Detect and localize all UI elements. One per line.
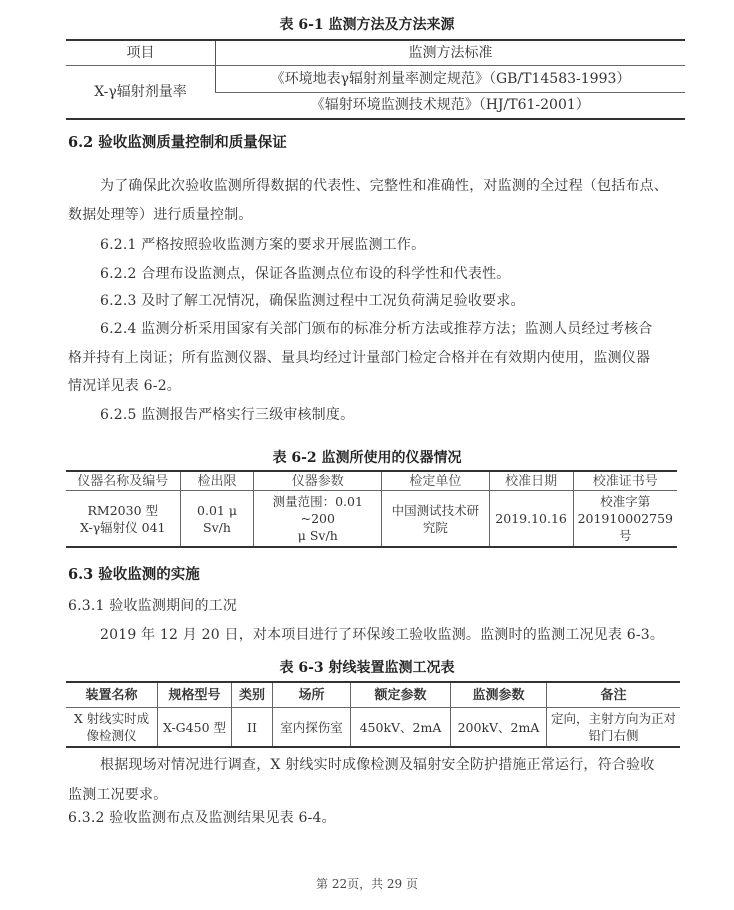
table-cell-model: X-G450 型	[158, 708, 232, 748]
table-cell-monitored: 200kV、2mA	[451, 708, 547, 748]
paragraph-line: 为了确保此次验收监测所得数据的代表性、完整性和准确性，对监测的全过程（包括布点、	[100, 175, 668, 195]
paragraph-line: 格并持有上岗证；所有监测仪器、量具均经过计量部门检定合格并在有效期内使用，监测仪…	[68, 347, 650, 367]
list-item-6-2-4: 6.2.4 监测分析采用国家有关部门颁布的标准分析方法或推荐方法；监测人员经过考…	[100, 318, 652, 338]
table-header: 额定参数	[351, 682, 451, 708]
cell-line: 中国测试技术研	[386, 502, 485, 519]
table-cell-params: 测量范围：0.01 ~200 μ Sv/h	[254, 491, 382, 548]
cell-line: 校准字第	[578, 493, 673, 510]
table-header: 备注	[547, 682, 681, 708]
table-6-2: 仪器名称及编号 检出限 仪器参数 检定单位 校准日期 校准证书号 RM2030 …	[66, 470, 677, 548]
paragraph-line: 监测工况要求。	[68, 784, 167, 804]
table-cell-limit: 0.01 μ Sv/h	[180, 491, 254, 548]
table-cell-device: X 射线实时成 像检测仪	[66, 708, 158, 748]
table-header: 场所	[273, 682, 351, 708]
cell-line: 测量范围：0.01 ~200	[258, 493, 377, 527]
table-6-1: 项目 监测方法标准 X-γ辐射剂量率 《环境地表γ辐射剂量率测定规范》（GB/T…	[66, 39, 685, 120]
paragraph-line: 2019 年 12 月 20 日，对本项目进行了环保竣工验收监测。监测时的监测工…	[100, 624, 664, 644]
table-header: 检定单位	[382, 471, 490, 491]
table-header: 检出限	[180, 471, 254, 491]
paragraph-line: 情况详见表 6-2。	[68, 375, 181, 395]
cell-line: 定向，主射方向为正对	[551, 710, 676, 727]
table-6-3-caption: 表 6-3 射线装置监测工况表	[0, 657, 734, 677]
table-row: X 射线实时成 像检测仪 X-G450 型 II 室内探伤室 450kV、2mA…	[66, 708, 680, 748]
table-header: 类别	[232, 682, 273, 708]
subsection-heading-6-3-1: 6.3.1 验收监测期间的工况	[68, 595, 237, 615]
cell-line: 像检测仪	[70, 727, 153, 744]
list-item-6-2-5: 6.2.5 监测报告严格实行三级审核制度。	[100, 404, 354, 424]
table-header: 装置名称	[66, 682, 158, 708]
paragraph-line: 根据现场对情况进行调查，X 射线实时成像检测及辐射安全防护措施正常运行，符合验收	[100, 754, 654, 774]
list-item-6-2-2: 6.2.2 合理布设监测点，保证各监测点位布设的科学性和代表性。	[100, 263, 510, 283]
table-header-standard: 监测方法标准	[216, 40, 686, 66]
table-cell-location: 室内探伤室	[273, 708, 351, 748]
table-header-item: 项目	[66, 40, 216, 66]
cell-line: 铅门右侧	[551, 727, 676, 744]
cell-line: X 射线实时成	[70, 710, 153, 727]
table-6-3: 装置名称 规格型号 类别 场所 额定参数 监测参数 备注 X 射线实时成 像检测…	[66, 681, 680, 748]
cell-line: 201910002759	[578, 510, 673, 527]
table-header: 规格型号	[158, 682, 232, 708]
section-heading-6-2: 6.2 验收监测质量控制和质量保证	[68, 131, 287, 152]
table-cell-date: 2019.10.16	[489, 491, 573, 548]
cell-line: X-γ辐射仪 041	[70, 519, 176, 536]
table-header: 监测参数	[451, 682, 547, 708]
cell-line: 号	[578, 527, 673, 544]
table-cell-instrument: RM2030 型 X-γ辐射仪 041	[66, 491, 180, 548]
table-cell-standard-1: 《环境地表γ辐射剂量率测定规范》（GB/T14583-1993）	[216, 66, 686, 93]
table-header: 校准证书号	[573, 471, 677, 491]
table-cell-cert: 校准字第 201910002759 号	[573, 491, 677, 548]
cell-line: 究院	[386, 519, 485, 536]
table-header: 仪器参数	[254, 471, 382, 491]
table-header: 校准日期	[489, 471, 573, 491]
section-heading-6-3: 6.3 验收监测的实施	[68, 563, 200, 584]
list-item-6-2-3: 6.2.3 及时了解工况情况，确保监测过程中工况负荷满足验收要求。	[100, 290, 525, 310]
subsection-heading-6-3-2: 6.3.2 验收监测布点及监测结果见表 6-4。	[68, 807, 336, 827]
table-6-1-caption: 表 6-1 监测方法及方法来源	[0, 14, 734, 34]
table-cell-item: X-γ辐射剂量率	[66, 66, 216, 120]
table-cell-note: 定向，主射方向为正对 铅门右侧	[547, 708, 681, 748]
table-cell-rated: 450kV、2mA	[351, 708, 451, 748]
table-cell-standard-2: 《辐射环境监测技术规范》（HJ/T61-2001）	[216, 93, 686, 120]
cell-line: μ Sv/h	[258, 527, 377, 544]
table-header: 仪器名称及编号	[66, 471, 180, 491]
table-cell-category: II	[232, 708, 273, 748]
table-6-2-caption: 表 6-2 监测所使用的仪器情况	[0, 447, 734, 467]
list-item-6-2-1: 6.2.1 严格按照验收监测方案的要求开展监测工作。	[100, 234, 425, 254]
paragraph-line: 数据处理等）进行质量控制。	[68, 204, 253, 224]
cell-line: RM2030 型	[70, 502, 176, 519]
table-row: RM2030 型 X-γ辐射仪 041 0.01 μ Sv/h 测量范围：0.0…	[66, 491, 677, 548]
page-number: 第 22页，共 29 页	[0, 875, 734, 892]
table-cell-unit: 中国测试技术研 究院	[382, 491, 490, 548]
